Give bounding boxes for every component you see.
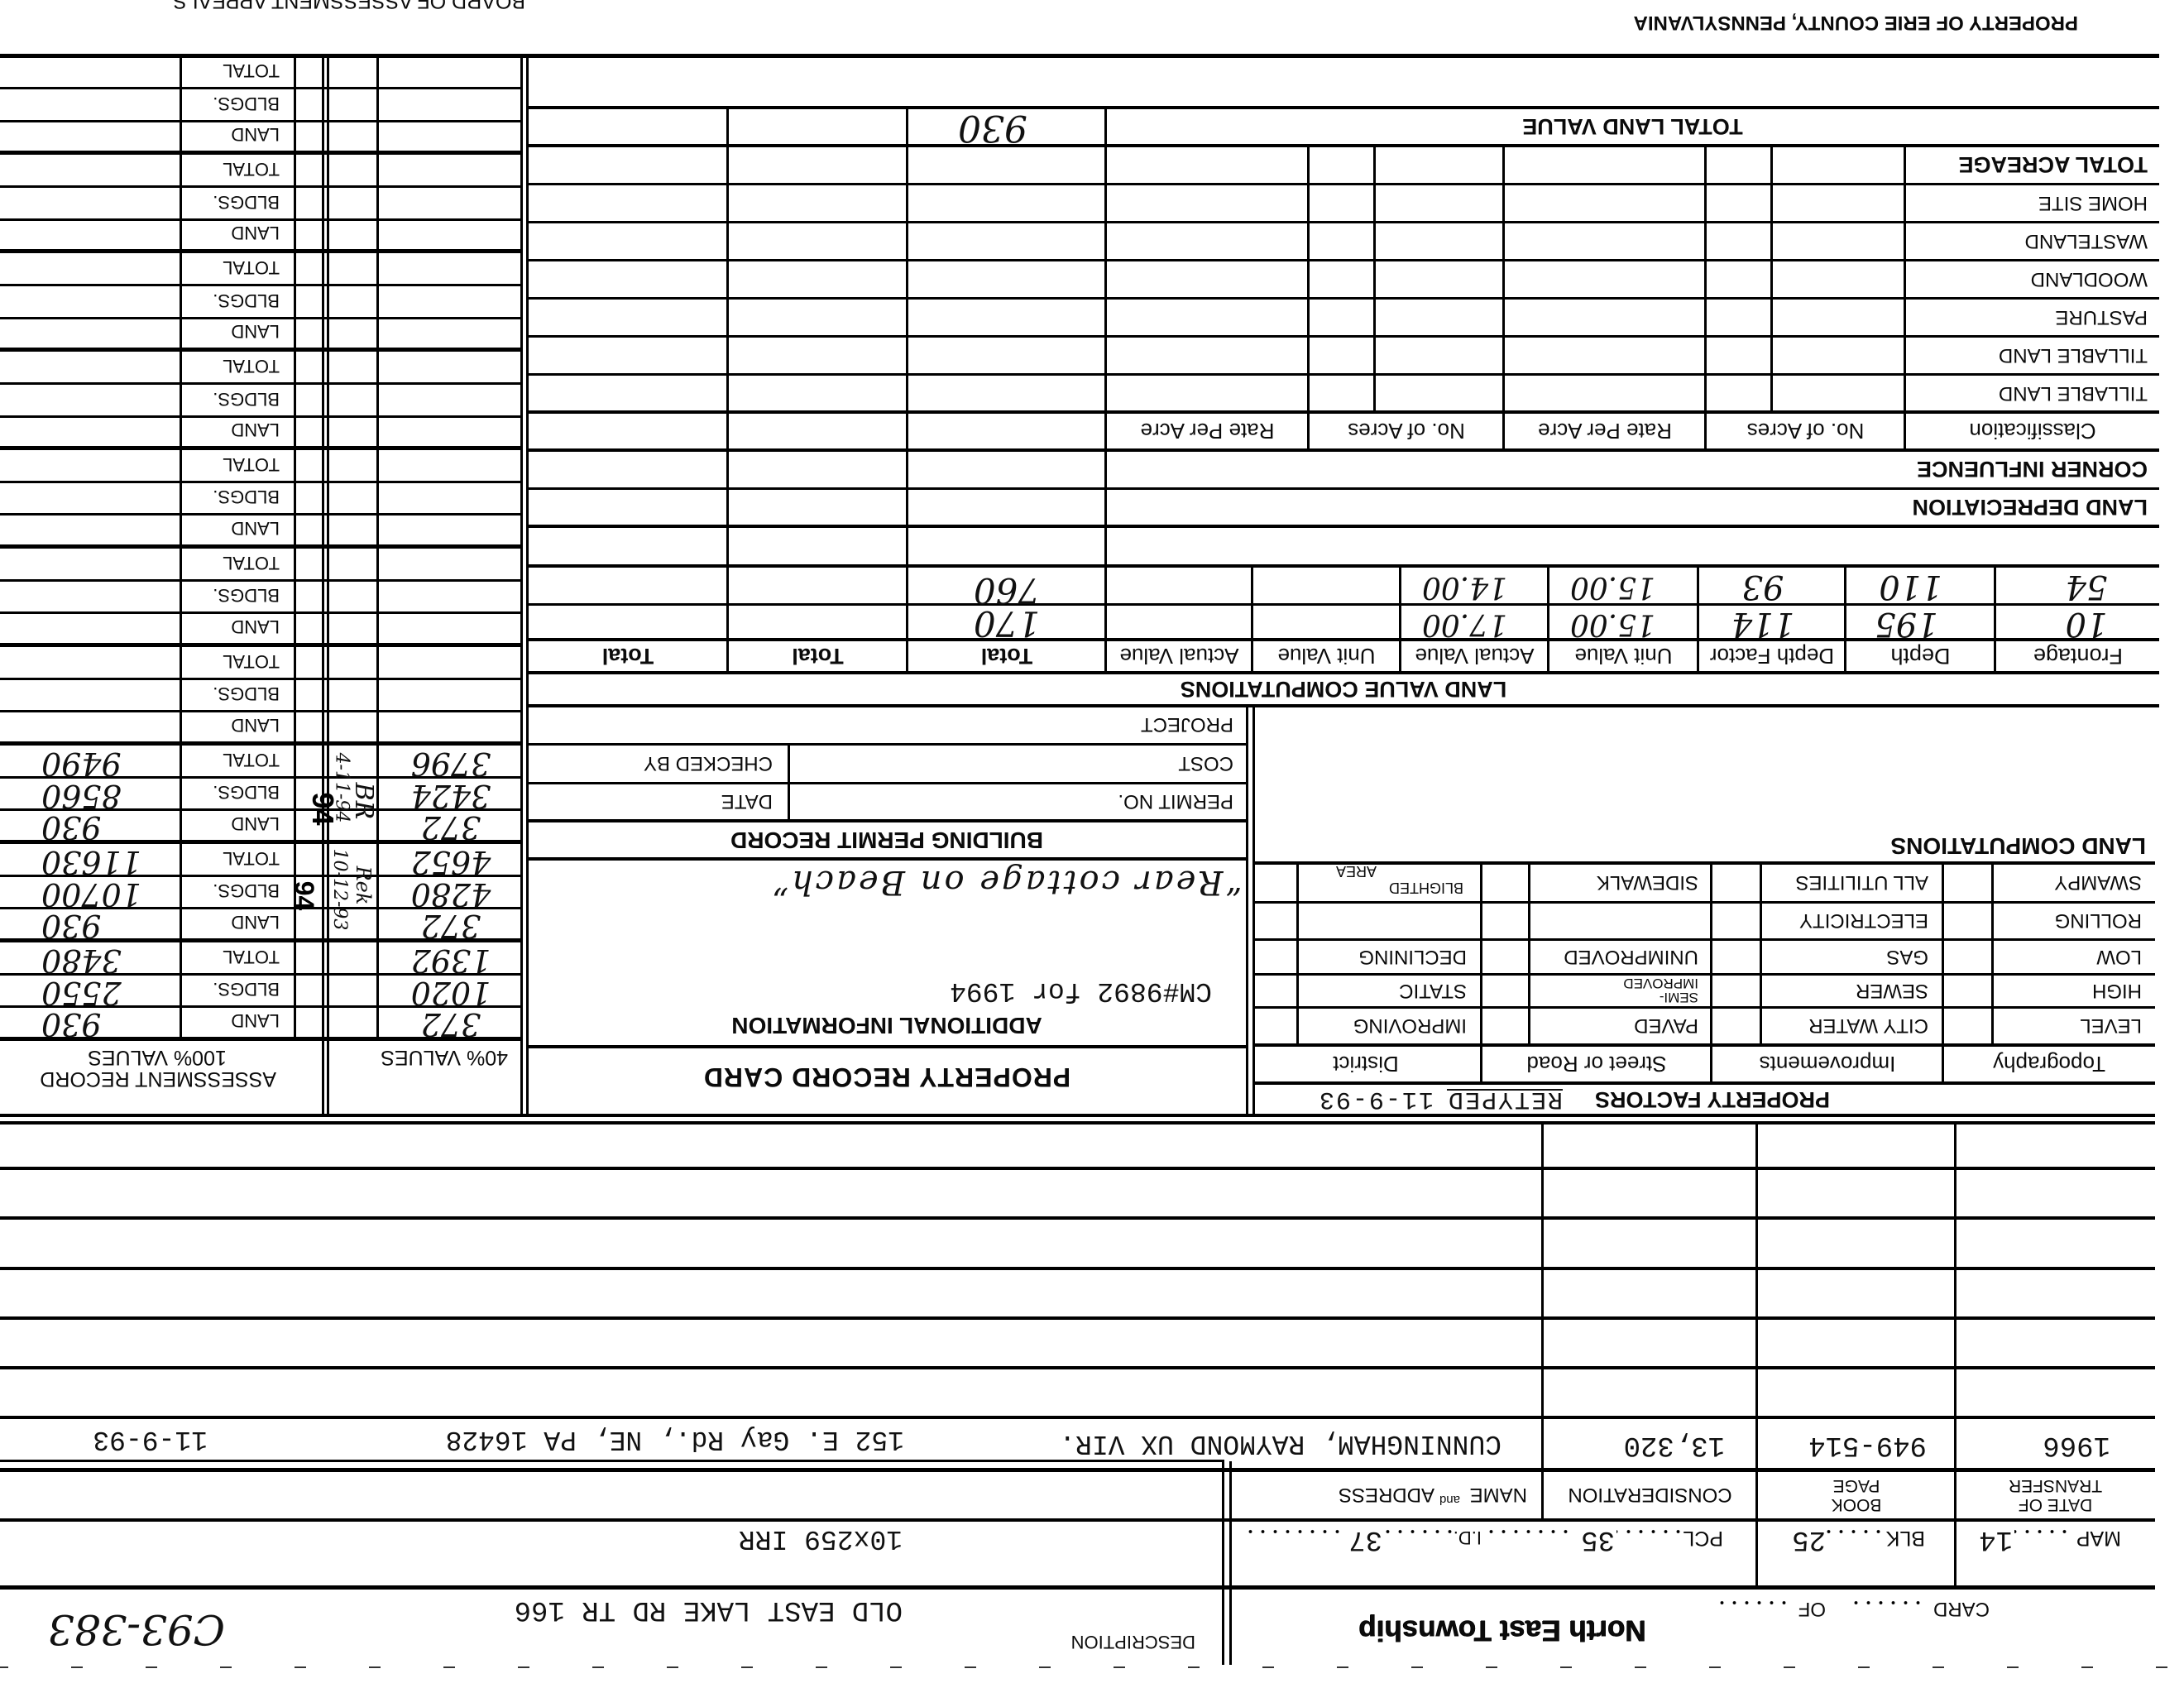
rule-h <box>527 564 2159 568</box>
permit-date-label: DATE <box>721 791 773 811</box>
additional-info-label: ADDITIONAL INFORMATION <box>526 1014 1248 1037</box>
transfer-date: 1966 <box>2043 1431 2110 1459</box>
value-100pct: 10700 <box>41 879 182 910</box>
rule-h <box>527 448 2159 452</box>
land-depreciation-label: LAND DEPRECIATION <box>1912 496 2148 518</box>
assessment-row-total: TOTAL <box>0 253 523 286</box>
topography-option: SWAMPY <box>2054 872 2142 892</box>
street-option: IMPROVED <box>1623 976 1698 990</box>
assessment-row-total: 1392 TOTAL 3480 <box>0 942 523 976</box>
rule-h <box>0 1121 2155 1125</box>
rule-v <box>1307 146 1310 452</box>
permit-record-title: BUILDING PERMIT RECORD <box>526 828 1248 851</box>
row-label: BLDGS. <box>213 193 280 211</box>
assessment-row-land: LAND <box>0 418 523 451</box>
rule-h <box>0 1416 2155 1419</box>
corner-influence-label: CORNER INFLUENCE <box>1917 458 2148 480</box>
value-40pct: 1392 <box>379 945 523 976</box>
topography-option: LEVEL <box>2080 1015 2142 1035</box>
rule-h <box>527 297 2159 300</box>
book-page-header: PAGE <box>1757 1477 1956 1494</box>
assessment-row-bldgs: 1020 BLDGS. 2550 <box>0 976 523 1009</box>
street-option: UNIMPROVED <box>1564 947 1698 966</box>
row-label: BLDGS. <box>213 586 280 604</box>
rule-h <box>1253 1081 2155 1085</box>
id-label: I.D. <box>1454 1528 1482 1547</box>
row-label: BLDGS. <box>213 980 280 998</box>
row-label: BLDGS. <box>213 783 280 801</box>
row-label: BLDGS. <box>213 390 280 408</box>
row-label: TOTAL <box>223 160 280 178</box>
col-actual-value: Actual Value <box>1106 645 1252 667</box>
unit-value: 15.00 <box>1538 609 1688 639</box>
dot-leader <box>1616 1529 1684 1534</box>
assessment-row-total: TOTAL <box>0 155 523 188</box>
value-40pct: 3424 <box>379 780 523 812</box>
rule-v <box>788 743 790 822</box>
rule-v <box>1697 566 1699 674</box>
rule-v <box>526 55 529 1117</box>
row-label: LAND <box>231 617 280 635</box>
rule-h <box>527 183 2159 185</box>
assessment-row-land: LAND <box>0 122 523 156</box>
row-label: BLDGS. <box>213 684 280 703</box>
rule-h <box>0 1460 1224 1462</box>
district-option: AREA <box>1336 864 1377 879</box>
name-header: NAME <box>1470 1484 1527 1504</box>
street-option: SEMI- <box>1660 990 1698 1005</box>
classification-row: TILLABLE LAND <box>1999 345 2148 365</box>
pct40-header: 40% VALUES <box>381 1047 508 1067</box>
col-total: Total <box>908 645 1106 667</box>
rule-h <box>1253 1006 2155 1009</box>
rule-v <box>1755 1121 1758 1590</box>
classification-row: PASTURE <box>2055 307 2148 327</box>
rule-v <box>1480 861 1482 1085</box>
row-label: LAND <box>231 1011 280 1029</box>
rule-v <box>1229 1461 1232 1665</box>
assessment-row-land: 372 LAND 930 <box>0 909 523 942</box>
rule-v <box>1399 566 1401 674</box>
row-label: BLDGS. <box>213 291 280 309</box>
checked-by-label: CHECKED BY <box>644 753 773 773</box>
classification-header: Classification <box>1906 420 2159 442</box>
acres-header: No. of Acres <box>1309 420 1504 442</box>
rule-v <box>1710 861 1712 1085</box>
district-option: BLIGHTED <box>1389 880 1463 895</box>
rule-v <box>1222 1461 1224 1665</box>
value-100pct: 2550 <box>41 977 182 1009</box>
assessment-row-land: LAND <box>0 614 523 647</box>
rule-h <box>527 259 2159 261</box>
pct100-header: 100% VALUES <box>58 1047 256 1067</box>
blk-label: BLK <box>1886 1527 1925 1548</box>
frontage-value: 54 <box>2012 570 2161 603</box>
row-label: TOTAL <box>223 357 280 375</box>
value-40pct: 372 <box>379 910 523 942</box>
assessment-row-total: TOTAL <box>0 56 523 89</box>
owner-line: PROPERTY OF ERIE COUNTY, PENNSYLVANIA <box>1634 12 2078 32</box>
improvements-option: SEWER <box>1856 981 1928 1000</box>
rule-h <box>527 704 2159 707</box>
book-page-header: BOOK <box>1757 1496 1956 1513</box>
row-label: LAND <box>231 420 280 439</box>
row-label: LAND <box>231 223 280 242</box>
row-label: BLDGS. <box>213 94 280 113</box>
improvements-header: Improvements <box>1712 1053 1943 1075</box>
assessment-row-bldgs: BLDGS. <box>0 286 523 319</box>
pcl-value: 35 <box>1581 1525 1615 1553</box>
total-value: 760 <box>908 573 1106 607</box>
row-label: TOTAL <box>223 455 280 473</box>
row-label: TOTAL <box>223 750 280 769</box>
col-frontage: Frontage <box>1995 645 2161 667</box>
improvements-option: ALL UTILITIES <box>1796 872 1929 892</box>
assessment-row-bldgs: BLDGS. <box>0 483 523 516</box>
total-value: 170 <box>908 606 1106 640</box>
depth-factor-value: 93 <box>1689 570 1837 603</box>
rule-h <box>0 1468 2155 1472</box>
permit-no-label: PERMIT NO. <box>1118 791 1233 811</box>
rule-v <box>1104 107 1107 674</box>
assessment-row-total: TOTAL <box>0 647 523 680</box>
rule-v <box>1844 566 1846 674</box>
date-of-transfer-header: TRANSFER <box>1956 1477 2155 1494</box>
rule-h <box>1253 1043 2155 1047</box>
dot-leader <box>1486 1529 1572 1534</box>
rule-v <box>726 107 729 674</box>
rule-v <box>1373 146 1376 414</box>
col-total: Total <box>528 645 728 667</box>
property-record-card: CARD OF North East Township DESCRIPTION … <box>0 0 2184 1688</box>
row-label: TOTAL <box>223 61 280 79</box>
total-acreage-label: TOTAL ACREAGE <box>1958 153 2148 175</box>
additional-info-value: CM#9892 for 1994 <box>950 977 1212 1005</box>
value-40pct: 372 <box>379 812 523 843</box>
street-option: SIDEWALK <box>1597 872 1698 892</box>
assessment-row-total: TOTAL <box>0 450 523 483</box>
blk-value: 25 <box>1792 1525 1826 1553</box>
rule-h <box>527 335 2159 338</box>
rule-v <box>1251 566 1253 674</box>
rule-h <box>527 106 2159 109</box>
rule-h <box>0 1216 2155 1220</box>
value-100pct: 930 <box>41 910 182 942</box>
row-label: TOTAL <box>223 849 280 867</box>
assessment-row-bldgs: BLDGS. <box>0 385 523 418</box>
perforation-line <box>0 1666 2167 1668</box>
assessment-table: 372 LAND 930 1020 BLDGS. 2550 1392 TOTAL… <box>0 56 523 1041</box>
rule-h <box>527 410 2159 414</box>
total-land-value: 930 <box>893 109 1092 146</box>
date-of-transfer-header: DATE OF <box>1956 1496 2155 1513</box>
frontage-value: 10 <box>2012 607 2161 640</box>
rule-v <box>906 107 908 674</box>
assessment-row-total: TOTAL <box>0 549 523 582</box>
acres-header: No. of Acres <box>1706 420 1905 442</box>
assessment-row-bldgs: BLDGS. <box>0 89 523 122</box>
rate-per-acre-header: Rate Per Acre <box>1106 420 1309 442</box>
assessment-row-land: LAND <box>0 221 523 254</box>
value-40pct: 3796 <box>379 748 523 779</box>
value-100pct: 930 <box>41 812 182 843</box>
col-depth: Depth <box>1846 645 1995 667</box>
id-value: 37 <box>1348 1525 1382 1553</box>
topography-option: LOW <box>2096 947 2142 966</box>
row-label: TOTAL <box>223 947 280 966</box>
dot-leader <box>2014 1529 2071 1534</box>
map-value: 14 <box>1979 1525 2013 1553</box>
rule-h <box>527 144 2159 147</box>
col-depth-factor: Depth Factor <box>1698 645 1846 667</box>
assessment-row-bldgs: 4280 BLDGS. 10700 <box>0 877 523 910</box>
row-label: TOTAL <box>223 258 280 276</box>
depth-factor-value: 114 <box>1689 607 1837 640</box>
assessment-row-bldgs: BLDGS. <box>0 680 523 713</box>
pcl-label: PCL <box>1683 1527 1723 1548</box>
rule-h <box>1253 973 2155 976</box>
value-100pct: 9490 <box>41 748 182 779</box>
rule-v <box>1252 705 1255 1117</box>
row-label: LAND <box>231 716 280 734</box>
depth-value: 110 <box>1836 570 1985 603</box>
revision-initials-annotation: Rek <box>355 850 373 921</box>
rule-v <box>1770 146 1773 414</box>
assessment-row-total: 4652 TOTAL 11630 <box>0 844 523 877</box>
row-label: LAND <box>231 125 280 143</box>
district-option: DECLINING <box>1358 947 1467 966</box>
assessment-row-bldgs: 3424 BLDGS. 8560 <box>0 779 523 812</box>
file-number: C93-383 <box>48 1609 225 1650</box>
dot-leader <box>1827 1529 1885 1534</box>
address-header: ADDRESS <box>1339 1484 1434 1504</box>
row-label: BLDGS. <box>213 881 280 899</box>
dot-leader <box>1848 1600 1924 1605</box>
row-label: LAND <box>231 322 280 340</box>
col-actual-value: Actual Value <box>1401 645 1549 667</box>
rule-v <box>1760 861 1762 1047</box>
lot-dimensions: 10x259 IRR <box>739 1525 903 1552</box>
assessment-row-total: 3796 TOTAL 9490 <box>0 746 523 779</box>
assessment-row-bldgs: BLDGS. <box>0 188 523 221</box>
value-40pct: 4280 <box>379 879 523 910</box>
rule-v <box>1296 861 1299 1047</box>
board-line: BOARD OF ASSESSMENT APPEALS <box>173 0 525 11</box>
rule-h <box>0 1316 2155 1320</box>
rule-h <box>1253 901 2155 904</box>
row-label: LAND <box>231 814 280 832</box>
owner-name: CUNNINGHAM, RAYMOND UX VIR. <box>1059 1430 1501 1457</box>
map-label: MAP <box>2076 1527 2121 1548</box>
col-total: Total <box>728 645 908 667</box>
rule-h <box>527 782 1248 784</box>
rule-h <box>1253 938 2155 941</box>
classification-row: WOODLAND <box>2031 269 2148 289</box>
improvements-option: CITY WATER <box>1808 1015 1928 1035</box>
description-value: OLD EAST LAKE RD TR 166 <box>515 1595 903 1623</box>
dot-leader <box>1244 1529 1343 1534</box>
rule-h <box>527 1045 1248 1048</box>
district-option: IMPROVING <box>1353 1015 1467 1035</box>
rule-h <box>527 487 2159 490</box>
assessment-row-land: 372 LAND 930 <box>0 1008 523 1041</box>
dot-leader <box>1385 1529 1456 1534</box>
cost-label: COST <box>1178 753 1233 773</box>
rule-h <box>1253 861 2155 865</box>
of-label: OF <box>1798 1599 1826 1618</box>
rule-h <box>527 373 2159 376</box>
rule-h <box>0 1366 2155 1369</box>
classification-row: TILLABLE LAND <box>1999 383 2148 403</box>
property-factors-title: PROPERTY FACTORS <box>1595 1088 1830 1110</box>
district-header: District <box>1250 1053 1482 1075</box>
assessment-record-title: ASSESSMENT RECORD <box>40 1068 276 1089</box>
rule-v <box>1528 861 1530 1047</box>
row-label: LAND <box>231 519 280 537</box>
rule-h <box>527 221 2159 223</box>
revision-date-annotation: 10-12-93 <box>328 838 348 941</box>
retyped-label: RETYPED <box>1447 1086 1563 1111</box>
rule-h <box>527 525 2159 528</box>
rule-v <box>1954 1121 1956 1590</box>
value-100pct: 930 <box>41 1009 182 1040</box>
street-or-road-header: Street or Road <box>1482 1053 1712 1075</box>
value-40pct: 1020 <box>379 977 523 1009</box>
value-40pct: 372 <box>379 1009 523 1040</box>
rule-v <box>1541 1121 1544 1522</box>
rule-h <box>527 857 1248 861</box>
book-page: 949-514 <box>1808 1431 1927 1459</box>
rule-v <box>1246 705 1248 1117</box>
name-and-header: and <box>1439 1494 1460 1506</box>
rule-h <box>0 1267 2155 1270</box>
record-card-title: PROPERTY RECORD CARD <box>526 1064 1248 1091</box>
rule-v <box>1994 566 1996 674</box>
rule-h <box>527 743 1248 746</box>
project-label: PROJECT <box>1141 714 1233 734</box>
assessment-row-bldgs: BLDGS. <box>0 582 523 615</box>
topography-option: ROLLING <box>2055 910 2142 930</box>
row-label: TOTAL <box>223 554 280 572</box>
assessment-row-total: TOTAL <box>0 352 523 385</box>
value-100pct: 3480 <box>41 945 182 976</box>
consideration: 13,320 <box>1624 1431 1725 1459</box>
value-100pct: 11630 <box>41 846 182 878</box>
street-option: PAVED <box>1634 1015 1698 1035</box>
total-land-value-label: TOTAL LAND VALUE <box>1106 115 2159 137</box>
consideration-header: CONSIDERATION <box>1543 1484 1757 1504</box>
rule-v <box>1547 566 1549 674</box>
classification-row: HOME SITE <box>2038 193 2148 213</box>
year-stamp: 94 <box>290 872 318 919</box>
rule-h <box>0 1518 2155 1522</box>
improvements-option: GAS <box>1886 947 1928 966</box>
entry-date: 11-9-93 <box>93 1426 208 1453</box>
rule-h <box>527 671 2159 674</box>
rate-per-acre-header: Rate Per Acre <box>1504 420 1706 442</box>
row-label: LAND <box>231 913 280 931</box>
card-label: CARD <box>1933 1599 1990 1618</box>
row-label: TOTAL <box>223 652 280 670</box>
col-unit-value: Unit Value <box>1252 645 1401 667</box>
rule-h <box>0 1585 2155 1590</box>
topography-header: Topography <box>1943 1053 2155 1075</box>
value-100pct: 8560 <box>41 780 182 812</box>
rule-h <box>0 1167 2155 1170</box>
assessment-row-land: LAND <box>0 516 523 549</box>
rule-v <box>1991 861 1994 1047</box>
land-computations-label: LAND COMPUTATIONS <box>1891 834 2147 857</box>
value-40pct: 4652 <box>379 846 523 878</box>
col-unit-value: Unit Value <box>1549 645 1698 667</box>
land-value-title: LAND VALUE COMPUTATIONS <box>528 678 2159 700</box>
rule-v <box>1704 146 1707 452</box>
actual-value: 17.00 <box>1391 609 1539 639</box>
rule-v <box>1502 146 1505 452</box>
dot-leader <box>1714 1600 1790 1605</box>
classification-row: WASTELAND <box>2025 231 2148 251</box>
district-option: STATIC <box>1399 981 1467 1000</box>
assessment-row-land: LAND <box>0 712 523 746</box>
improvements-option: ELECTRICITY <box>1799 910 1928 930</box>
topography-option: HIGH <box>2092 981 2142 1000</box>
revision-initials-annotation: BR <box>356 772 376 830</box>
rule-v <box>1942 861 1944 1085</box>
township-name: North East Township <box>1359 1616 1646 1645</box>
rule-h <box>527 819 1248 822</box>
depth-value: 195 <box>1832 607 1981 640</box>
assessment-row-land: 372 LAND 930 <box>0 811 523 844</box>
description-label: DESCRIPTION <box>1071 1633 1195 1651</box>
actual-value: 14.00 <box>1391 572 1539 602</box>
unit-value: 15.00 <box>1538 572 1688 602</box>
retyped-date: 11-9-93 <box>1318 1086 1434 1111</box>
year-stamp: 94 <box>307 787 338 831</box>
rule-v <box>1904 146 1906 452</box>
assessment-row-land: LAND <box>0 319 523 352</box>
row-label: BLDGS. <box>213 488 280 506</box>
handwritten-note: “Rear cottage on Beach” <box>770 866 1243 899</box>
owner-address: 152 E. Gay Rd., NE, PA 16428 <box>446 1426 905 1453</box>
